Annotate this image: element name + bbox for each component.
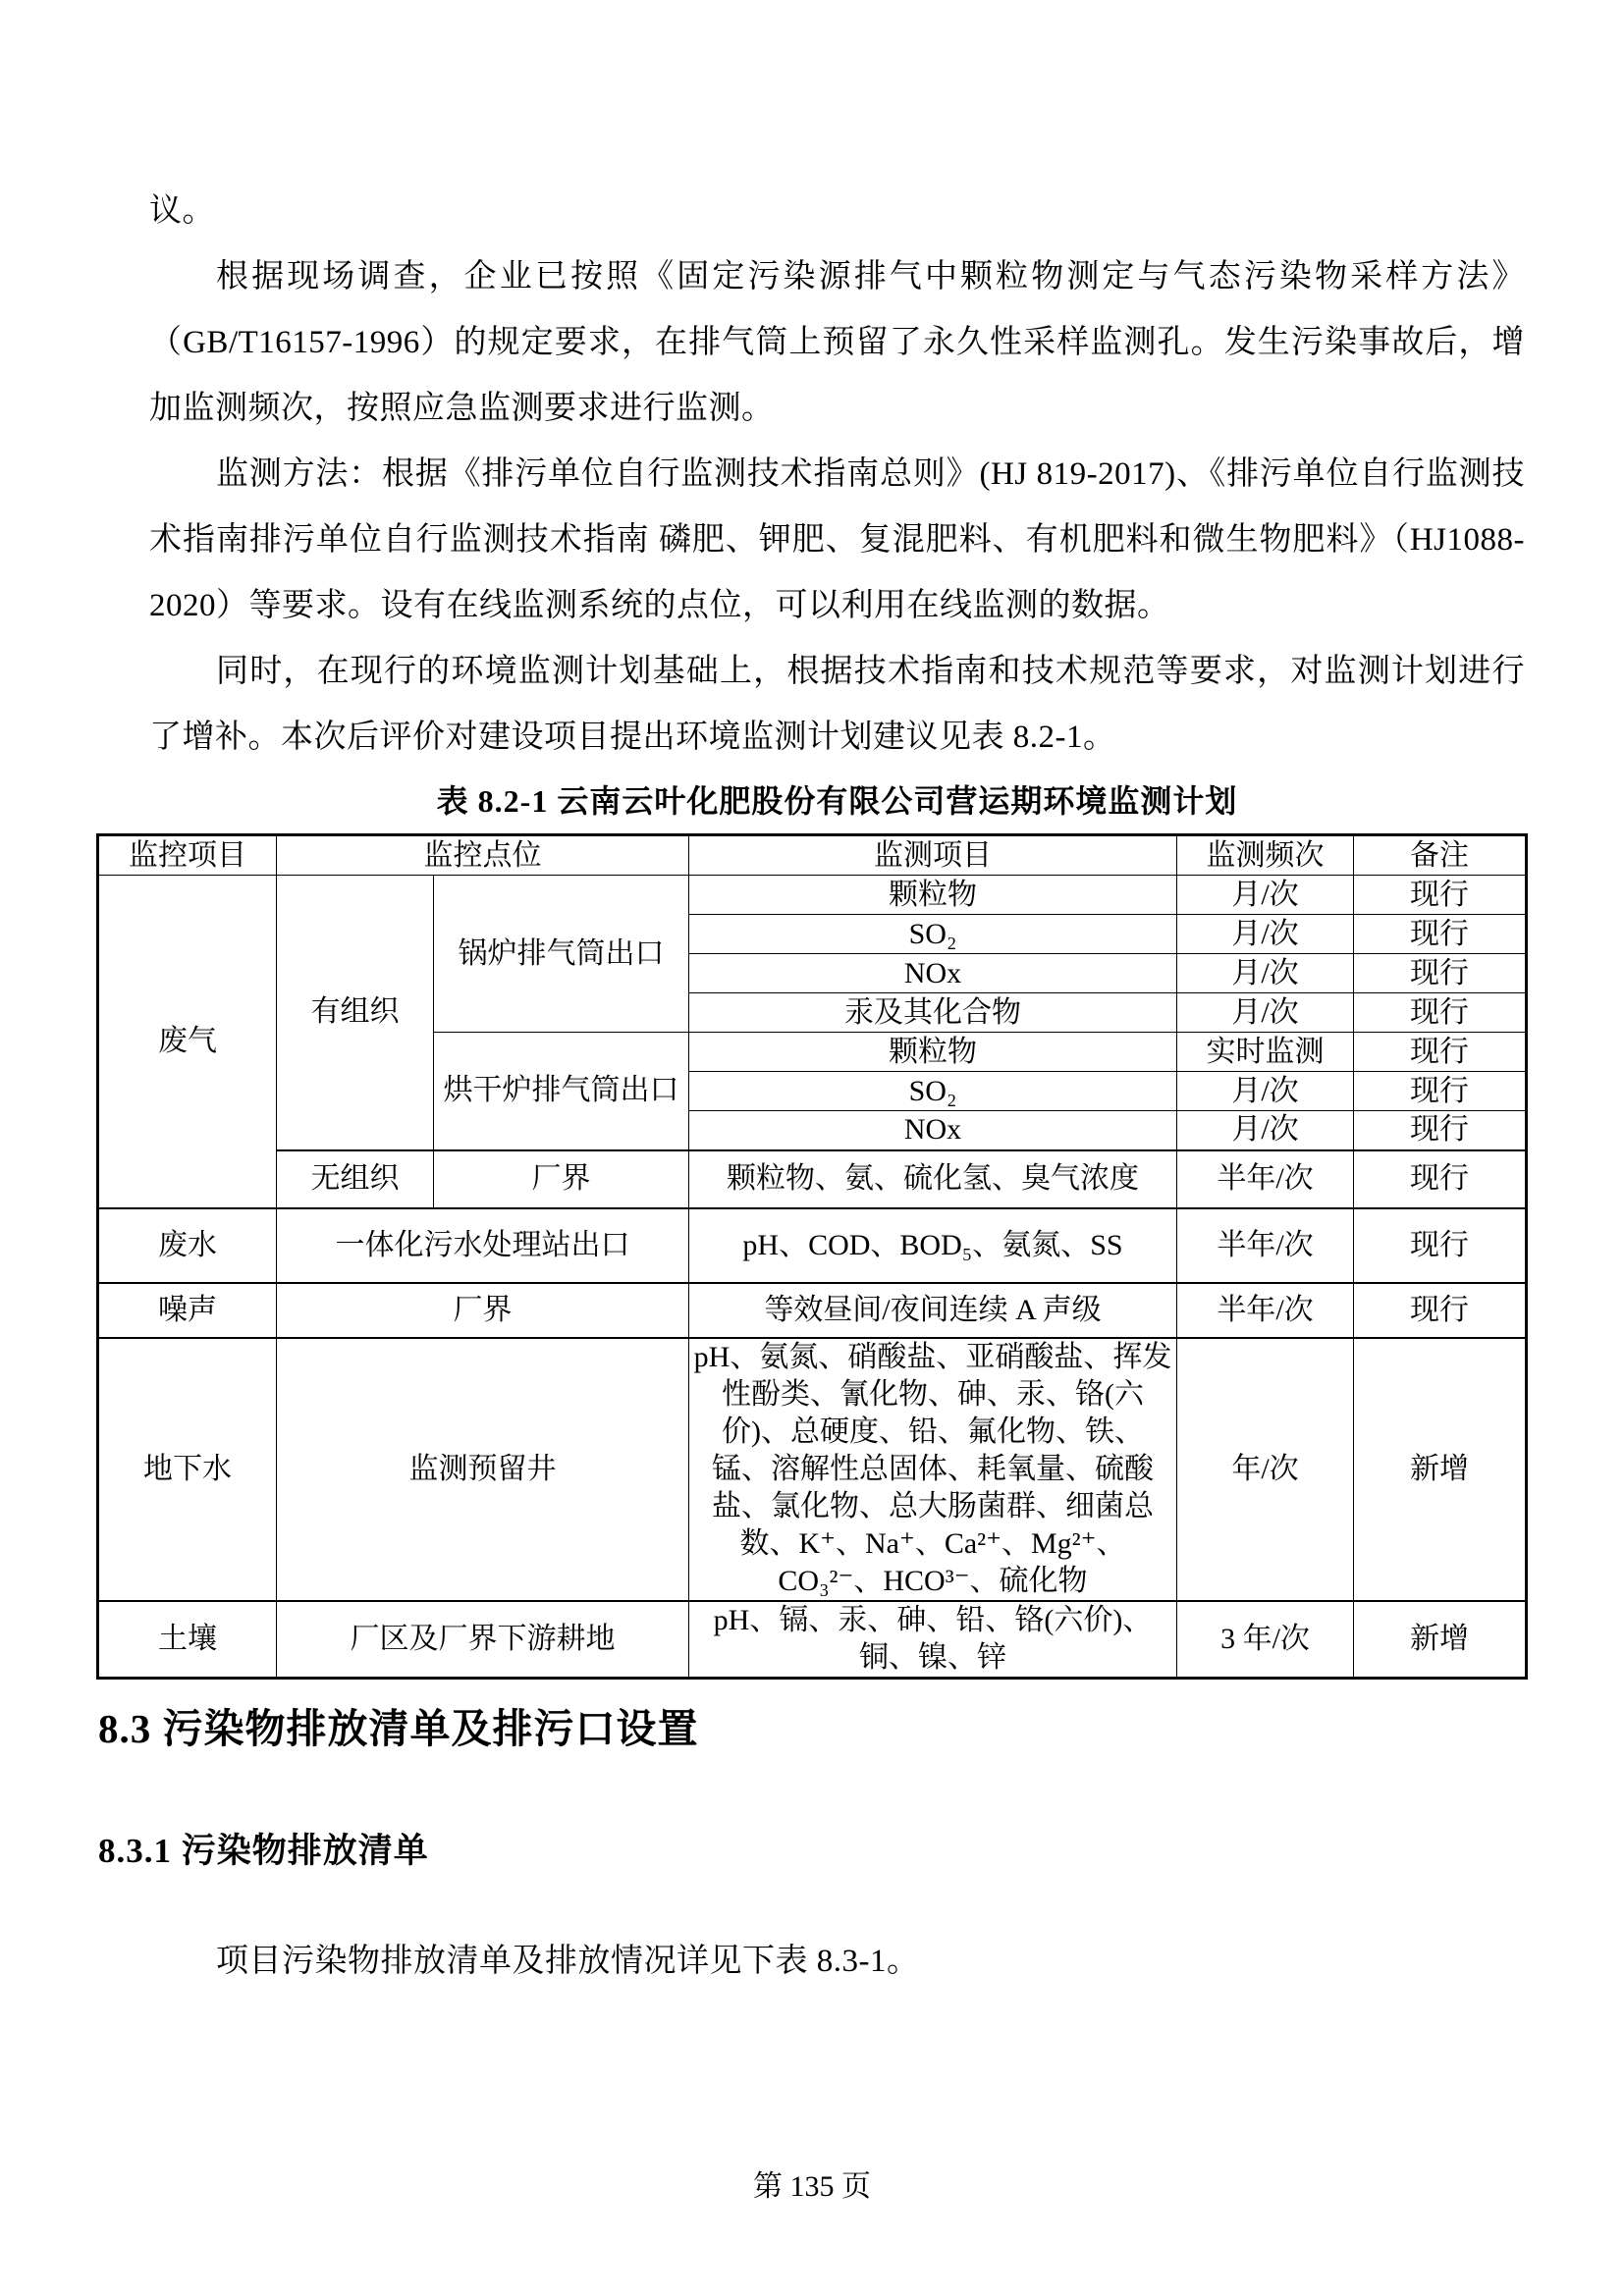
cell-category-groundwater: 地下水 (98, 1338, 277, 1601)
table-row: 废气 有组织 锅炉排气筒出口 颗粒物 月/次 现行 (98, 876, 1527, 915)
document-page: 议。 根据现场调查，企业已按照《固定污染源排气中颗粒物测定与气态污染物采样方法》… (0, 0, 1624, 2296)
header-monitor-point: 监控点位 (277, 835, 689, 876)
cell-remark: 现行 (1354, 1072, 1527, 1111)
cell-remark: 现行 (1354, 876, 1527, 915)
cell-category-soil: 土壤 (98, 1601, 277, 1679)
cell-remark: 现行 (1354, 993, 1527, 1033)
header-remark: 备注 (1354, 835, 1527, 876)
section-heading-8-3-1: 8.3.1 污染物排放清单 (98, 1831, 1525, 1872)
cell-parameter: 汞及其化合物 (689, 993, 1177, 1033)
cell-organized: 有组织 (277, 876, 434, 1150)
cell-category-waste-water: 废水 (98, 1208, 277, 1283)
cell-remark: 新增 (1354, 1601, 1527, 1679)
cell-remark: 新增 (1354, 1338, 1527, 1601)
cell-monitoring-well: 监测预留井 (277, 1338, 689, 1601)
cell-remark: 现行 (1354, 915, 1527, 954)
cell-parameter: pH、COD、BOD₅、氨氮、SS (689, 1208, 1177, 1283)
table-header-row: 监控项目 监控点位 监测项目 监测频次 备注 (98, 835, 1527, 876)
cell-remark: 现行 (1354, 1208, 1527, 1283)
cell-remark: 现行 (1354, 1111, 1527, 1150)
cell-parameter: 等效昼间/夜间连续 A 声级 (689, 1283, 1177, 1338)
header-monitor-item: 监控项目 (98, 835, 277, 876)
cell-category-waste-gas: 废气 (98, 876, 277, 1208)
cell-parameter: 颗粒物 (689, 1033, 1177, 1072)
cell-frequency: 月/次 (1177, 1111, 1354, 1150)
cell-parameter: NOx (689, 954, 1177, 993)
cell-frequency: 月/次 (1177, 1072, 1354, 1111)
cell-parameter: 颗粒物 (689, 876, 1177, 915)
table-row: 无组织 厂界 颗粒物、氨、硫化氢、臭气浓度 半年/次 现行 (98, 1150, 1527, 1208)
cell-remark: 现行 (1354, 1283, 1527, 1338)
header-monitor-frequency: 监测频次 (1177, 835, 1354, 876)
table-row: 地下水 监测预留井 pH、氨氮、硝酸盐、亚硝酸盐、挥发性酚类、氰化物、砷、汞、铬… (98, 1338, 1527, 1601)
table-title: 表 8.2-1 云南云叶化肥股份有限公司营运期环境监测计划 (149, 778, 1525, 824)
cell-parameter: pH、镉、汞、砷、铅、铬(六价)、铜、镍、锌 (689, 1601, 1177, 1679)
cell-remark: 现行 (1354, 1033, 1527, 1072)
header-monitor-parameter: 监测项目 (689, 835, 1177, 876)
table-row: 土壤 厂区及厂界下游耕地 pH、镉、汞、砷、铅、铬(六价)、铜、镍、锌 3 年/… (98, 1601, 1527, 1679)
cell-farmland-downstream: 厂区及厂界下游耕地 (277, 1601, 689, 1679)
body-paragraph: 监测方法：根据《排污单位自行监测技术指南总则》(HJ 819-2017)、《排污… (149, 442, 1525, 639)
cell-frequency: 半年/次 (1177, 1150, 1354, 1208)
cell-frequency: 半年/次 (1177, 1208, 1354, 1283)
table-row: 废水 一体化污水处理站出口 pH、COD、BOD₅、氨氮、SS 半年/次 现行 (98, 1208, 1527, 1283)
body-paragraph: 同时，在现行的环境监测计划基础上，根据技术指南和技术规范等要求，对监测计划进行了… (149, 639, 1525, 771)
cell-parameter: SO₂ (689, 915, 1177, 954)
cell-parameter: SO₂ (689, 1072, 1177, 1111)
cell-category-noise: 噪声 (98, 1283, 277, 1338)
cell-parameter: 颗粒物、氨、硫化氢、臭气浓度 (689, 1150, 1177, 1208)
cell-plant-boundary: 厂界 (277, 1283, 689, 1338)
cell-plant-boundary: 厂界 (434, 1150, 689, 1208)
cell-frequency: 实时监测 (1177, 1033, 1354, 1072)
cell-sewage-station-outlet: 一体化污水处理站出口 (277, 1208, 689, 1283)
cell-frequency: 月/次 (1177, 993, 1354, 1033)
section-heading-8-3: 8.3 污染物排放清单及排污口设置 (98, 1705, 1525, 1752)
body-paragraph: 根据现场调查，企业已按照《固定污染源排气中颗粒物测定与气态污染物采样方法》（GB… (149, 244, 1525, 442)
cell-unorganized: 无组织 (277, 1150, 434, 1208)
cell-remark: 现行 (1354, 1150, 1527, 1208)
cell-frequency: 半年/次 (1177, 1283, 1354, 1338)
body-paragraph: 项目污染物排放清单及排放情况详见下表 8.3-1。 (149, 1929, 1525, 1995)
cell-parameter: NOx (689, 1111, 1177, 1150)
cell-frequency: 月/次 (1177, 876, 1354, 915)
cell-frequency: 3 年/次 (1177, 1601, 1354, 1679)
cell-frequency: 月/次 (1177, 954, 1354, 993)
cell-dryer-stack-outlet: 烘干炉排气筒出口 (434, 1033, 689, 1150)
table-row: 噪声 厂界 等效昼间/夜间连续 A 声级 半年/次 现行 (98, 1283, 1527, 1338)
page-number: 第 135 页 (0, 2167, 1624, 2207)
cell-frequency: 月/次 (1177, 915, 1354, 954)
cell-parameter: pH、氨氮、硝酸盐、亚硝酸盐、挥发性酚类、氰化物、砷、汞、铬(六价)、总硬度、铅… (689, 1338, 1177, 1601)
monitoring-plan-table: 监控项目 监控点位 监测项目 监测频次 备注 废气 有组织 锅炉排气筒出口 颗粒… (96, 833, 1528, 1680)
cell-boiler-stack-outlet: 锅炉排气筒出口 (434, 876, 689, 1033)
cell-frequency: 年/次 (1177, 1338, 1354, 1601)
cell-remark: 现行 (1354, 954, 1527, 993)
body-paragraph-continuation: 议。 (149, 179, 1525, 244)
